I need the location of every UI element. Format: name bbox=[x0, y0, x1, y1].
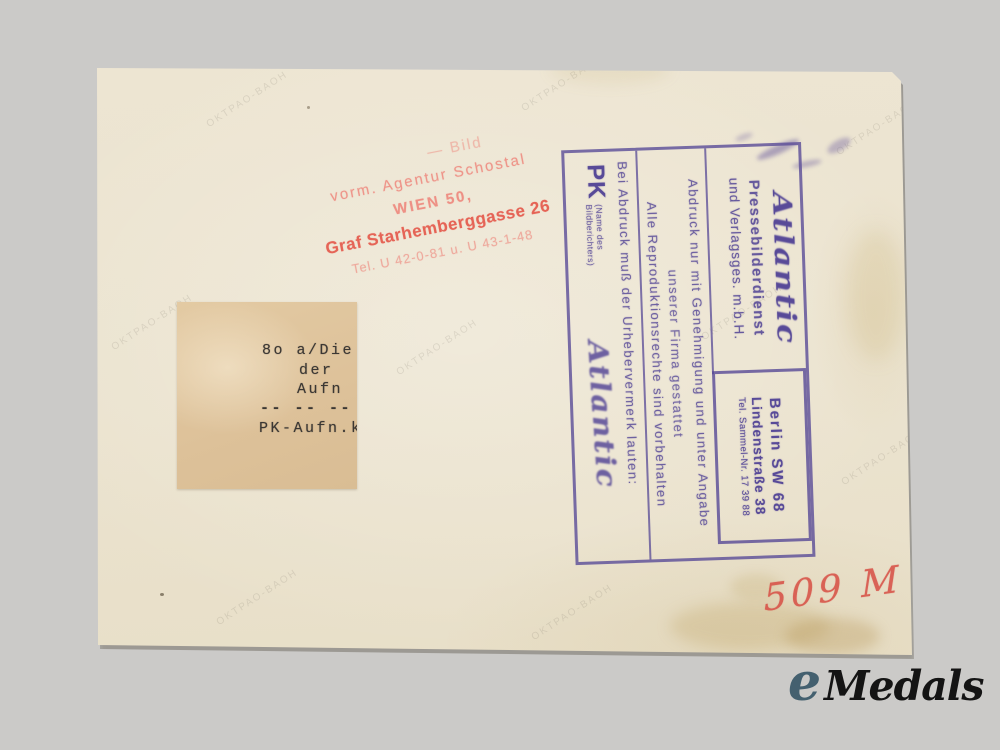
atlantic-pk-label: PK bbox=[581, 164, 610, 200]
emedals-logo-e: e bbox=[788, 655, 821, 711]
atlantic-credit-script: Atlantic bbox=[576, 336, 622, 493]
diagonal-watermark: OKTPAO-BAOH bbox=[840, 427, 925, 488]
atlantic-body-line-1: Abdruck nur mit Genehmigung und unter An… bbox=[684, 149, 713, 558]
typed-caption-label: 8o a/Die der Aufn -- -- -- -- - PK-Aufn.… bbox=[177, 302, 357, 489]
atlantic-address-city: Berlin SW 68 bbox=[766, 397, 787, 513]
paper-stain bbox=[785, 618, 880, 654]
paper-stain bbox=[847, 230, 905, 360]
atlantic-pk-note-line-2: Bildberichters) bbox=[584, 204, 596, 266]
photo-back-paper: OKTPAO-BAOH OKTPAO-BAOH OKTPAO-BAOH OKTP… bbox=[95, 62, 915, 660]
diagonal-watermark: OKTPAO-BAOH bbox=[530, 582, 615, 643]
ink-smudge bbox=[735, 131, 754, 143]
atlantic-address-box: Berlin SW 68 Lindenstraße 38 Tel. Sammel… bbox=[712, 368, 812, 544]
atlantic-brand-script: Atlantic bbox=[765, 191, 803, 344]
paper-stain bbox=[550, 54, 670, 84]
emedals-logo-word: Medals bbox=[824, 658, 983, 714]
atlantic-address-street: Lindenstraße 38 bbox=[749, 397, 768, 516]
paper-speck bbox=[307, 106, 310, 109]
diagonal-watermark: OKTPAO-BAOH bbox=[205, 69, 290, 130]
typed-label-line-3: Aufn bbox=[297, 381, 343, 398]
atlantic-subtitle-1: Pressebilderdienst bbox=[744, 146, 768, 369]
handwritten-number: 509 M bbox=[763, 557, 903, 620]
diagonal-watermark: OKTPAO-BAOH bbox=[215, 567, 300, 628]
atlantic-press-stamp: Atlantic Pressebilderdienst und Verlagsg… bbox=[561, 142, 815, 565]
emedals-logo: e Medals bbox=[788, 655, 988, 715]
diagonal-watermark: OKTPAO-BAOH bbox=[835, 97, 920, 158]
typed-label-dashes: -- -- -- -- - bbox=[260, 400, 357, 417]
typed-label-line-1: 8o a/Die bbox=[262, 342, 354, 359]
typed-label-line-2: der bbox=[299, 362, 334, 379]
vienna-agency-stamp: — Bild vorm. Agentur Schostal WIEN 50, G… bbox=[289, 115, 578, 289]
diagonal-watermark: OKTPAO-BAOH bbox=[520, 53, 605, 114]
paper-speck bbox=[160, 593, 164, 596]
typed-label-line-5: PK-Aufn.k bbox=[259, 420, 357, 437]
atlantic-pk-note: (Name des Bildberichters) bbox=[584, 204, 606, 266]
diagonal-watermark: OKTPAO-BAOH bbox=[395, 317, 480, 378]
